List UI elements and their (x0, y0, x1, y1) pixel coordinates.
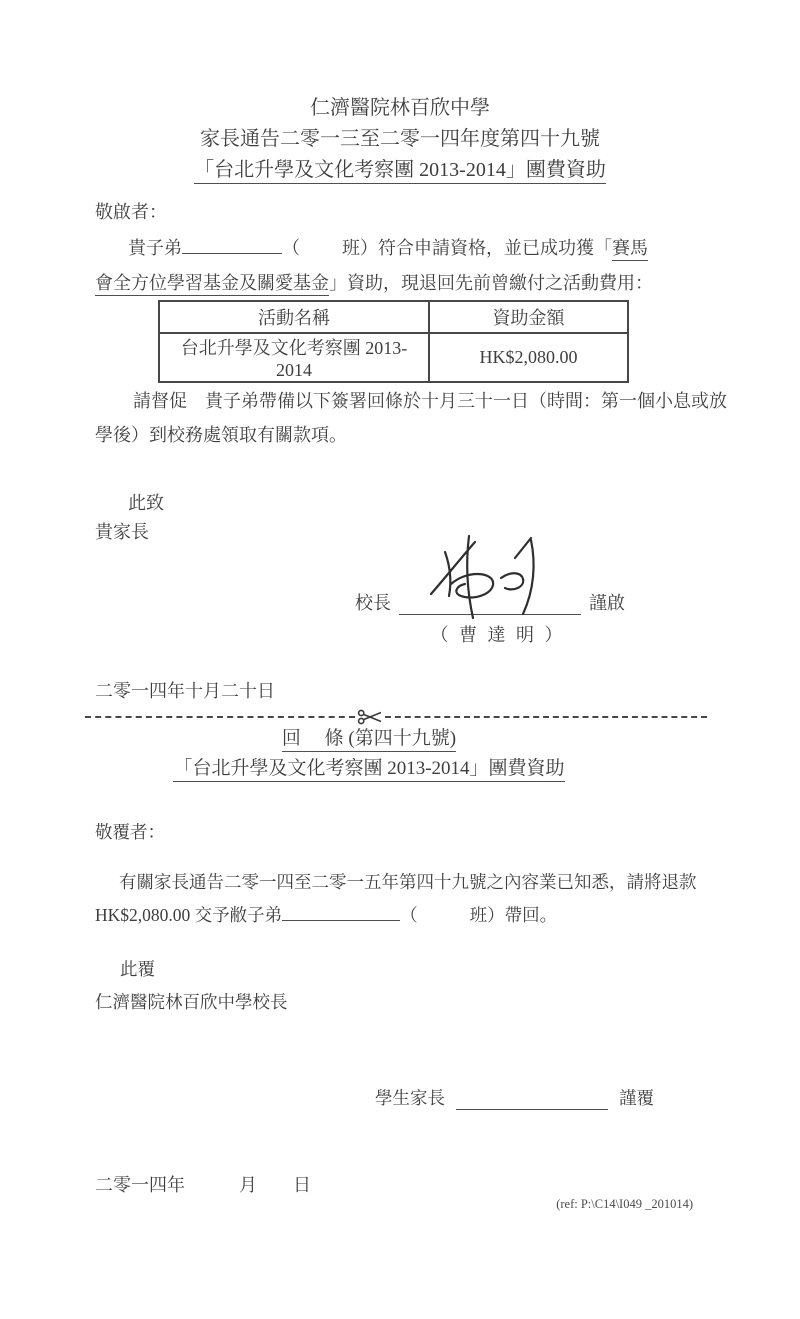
notice-subject: 「台北升學及文化考察團 2013-2014」團費資助 (194, 159, 606, 184)
reply-closing-cifu: 此覆 (120, 956, 155, 981)
parent-signature-line (456, 1085, 608, 1110)
reply-slip-subject: 「台北升學及文化考察團 2013-2014」團費資助 (173, 758, 564, 782)
reply-closing-principal: 仁濟醫院林百欣中學校長 (95, 989, 288, 1014)
paragraph-2-line-1: 請督促 貴子弟帶備以下簽署回條於十月三十一日（時間：第一個小息或放 (95, 384, 755, 418)
school-name: 仁濟醫院林百欣中學 (0, 93, 800, 124)
reply-salutation: 敬覆者： (95, 819, 165, 844)
notice-date: 二零一四年十月二十日 (95, 677, 275, 703)
notice-number-line: 家長通告二零一三至二零一四年度第四十九號 (0, 124, 800, 155)
principal-suffix: 謹啟 (589, 589, 625, 615)
scissors-icon (357, 709, 383, 725)
student-name-blank (182, 234, 282, 254)
fund-name-part2: 會全方位學習基金及關愛基金 (95, 273, 329, 296)
reply-tail: 班）帶回。 (470, 905, 558, 925)
notice-paragraph-1: 貴子弟（班）符合申請資格，並已成功獲「賽馬 會全方位學習基金及關愛基金」資助，現… (95, 231, 755, 301)
reply-student-name-blank (282, 902, 400, 921)
cell-subsidy-amount: HK$2,080.00 (429, 333, 628, 382)
reply-amount-text: HK$2,080.00 交予敝子弟 (95, 905, 282, 925)
principal-signature (415, 530, 565, 620)
p1-tail: 」資助，現退回先前曾繳付之活動費用： (329, 273, 653, 293)
reply-paragraph-line-2: HK$2,080.00 交予敝子弟（班）帶回。 (95, 899, 755, 932)
principal-name: （ 曹 達 明 ） (400, 621, 596, 647)
notice-salutation: 敬啟者： (95, 198, 167, 224)
p1-paren-open: （ (282, 238, 300, 258)
reply-paragraph-line-1: 有關家長通告二零一四至二零一五年第四十九號之內容業已知悉，請將退款 (95, 866, 755, 899)
column-header-amount: 資助金額 (429, 301, 628, 333)
table-row: 台北升學及文化考察團 2013-2014 HK$2,080.00 (159, 333, 628, 382)
reply-paren-open: （ (400, 905, 418, 925)
table-header-row: 活動名稱 資助金額 (159, 301, 628, 333)
paragraph-1-line-2: 會全方位學習基金及關愛基金」資助，現退回先前曾繳付之活動費用： (95, 266, 755, 301)
principal-label: 校長 (355, 589, 391, 615)
notice-closing-parents: 貴家長 (95, 518, 149, 544)
dashed-line-left (85, 716, 355, 718)
refund-table: 活動名稱 資助金額 台北升學及文化考察團 2013-2014 HK$2,080.… (158, 300, 629, 383)
parent-signature-row: 學生家長 謹覆 (375, 1085, 654, 1110)
reply-slip-title: 回 條 (第四十九號) (282, 728, 456, 752)
scanned-notice-document: 仁濟醫院林百欣中學 家長通告二零一三至二零一四年度第四十九號 「台北升學及文化考… (0, 0, 800, 1319)
paragraph-2-line-2: 學後）到校務處領取有關款項。 (95, 418, 755, 452)
reply-paragraph: 有關家長通告二零一四至二零一五年第四十九號之內容業已知悉，請將退款 HK$2,0… (95, 866, 755, 932)
parent-label: 學生家長 (375, 1085, 445, 1110)
fund-name-part1: 賽馬 (612, 238, 648, 261)
cell-activity-name: 台北升學及文化考察團 2013-2014 (159, 333, 429, 382)
column-header-activity: 活動名稱 (159, 301, 429, 333)
p1-lead: 貴子弟 (128, 238, 182, 258)
dashed-line-right (385, 716, 707, 718)
document-header: 仁濟醫院林百欣中學 家長通告二零一三至二零一四年度第四十九號 「台北升學及文化考… (0, 93, 800, 186)
notice-closing-cizhi: 此致 (128, 489, 164, 515)
p1-class-text: 班）符合申請資格，並已成功獲「 (342, 238, 612, 258)
notice-paragraph-2: 請督促 貴子弟帶備以下簽署回條於十月三十一日（時間：第一個小息或放 學後）到校務… (95, 384, 755, 452)
parent-suffix: 謹覆 (619, 1085, 654, 1110)
reply-slip-header: 回 條 (第四十九號) 「台北升學及文化考察團 2013-2014」團費資助 (95, 724, 643, 784)
reference-number: (ref: P:\C14\I049 _201014) (95, 1197, 693, 1212)
cut-here-divider (85, 709, 707, 724)
paragraph-1-line-1: 貴子弟（班）符合申請資格，並已成功獲「賽馬 (95, 231, 755, 266)
reply-date-blank: 二零一四年 月 日 (95, 1171, 311, 1197)
